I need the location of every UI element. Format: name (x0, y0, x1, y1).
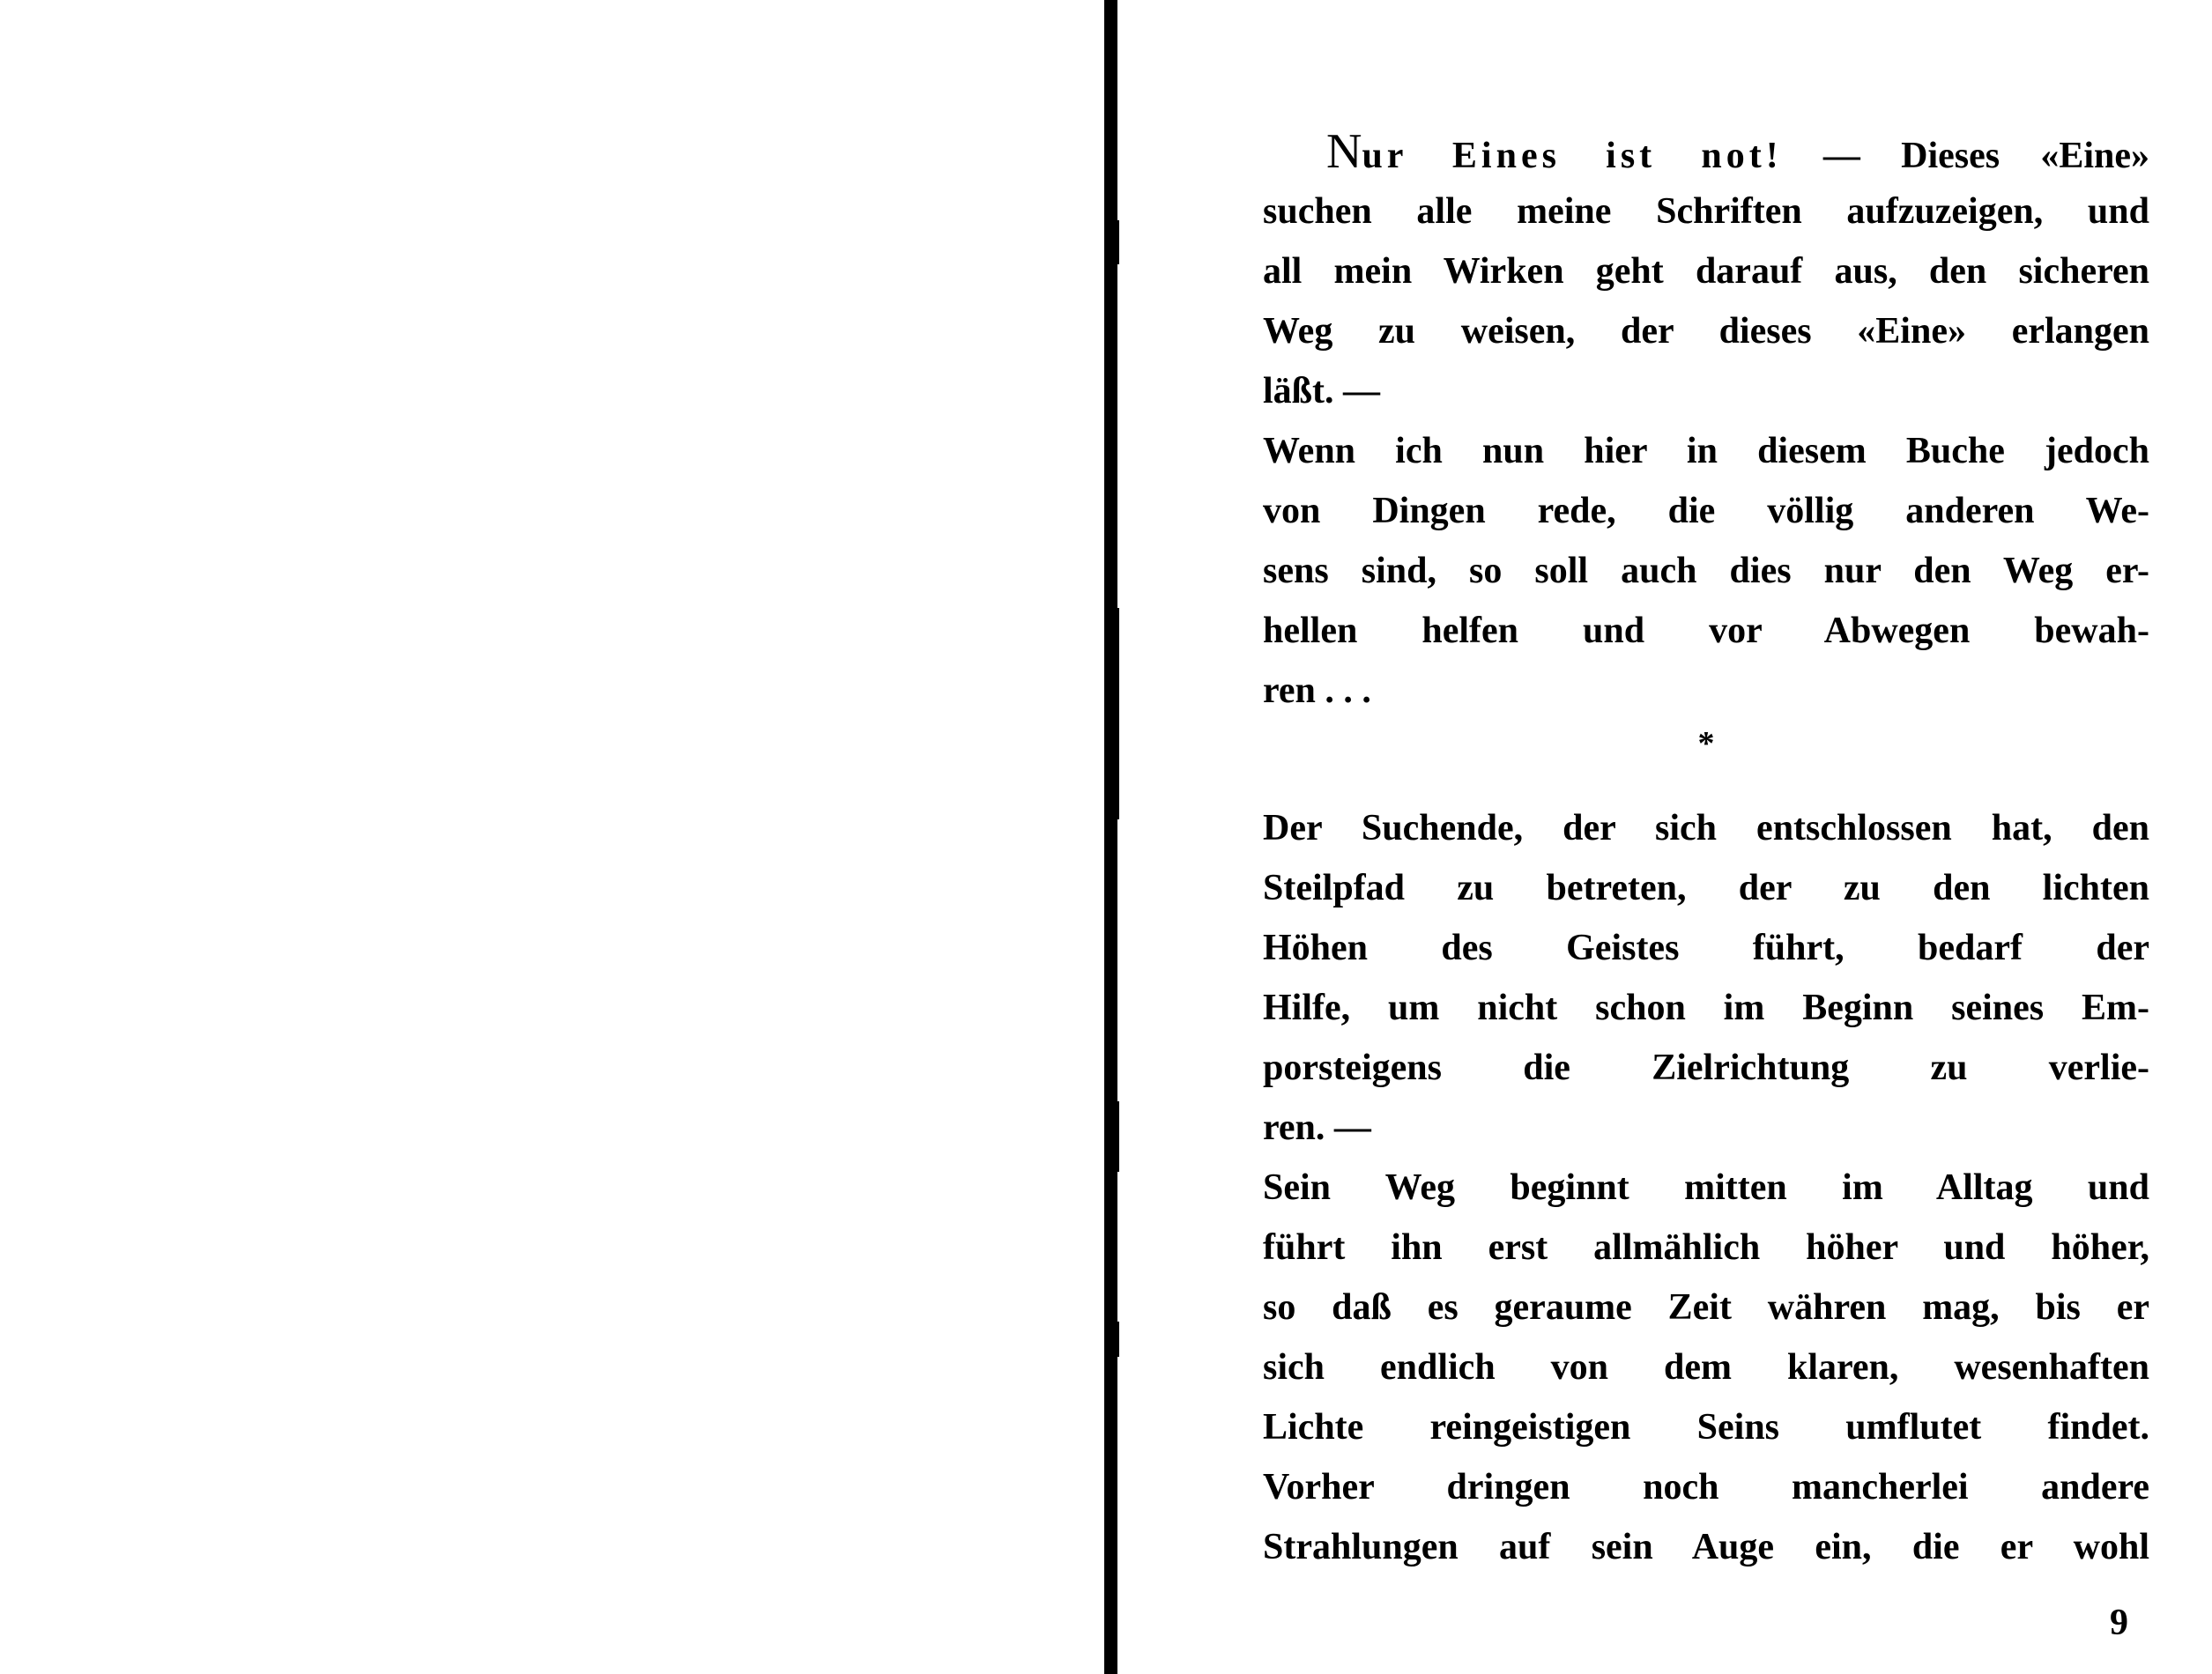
text-line: ren. — (1263, 1098, 2149, 1158)
dropcap-letter: N (1326, 124, 1362, 179)
text-line: Weg zu weisen, der dieses «Eine» erlange… (1263, 301, 2149, 361)
text-line: ren . . . (1263, 661, 2149, 721)
book-spine-gutter (1104, 0, 1117, 1674)
text-line: Vorher dringen noch mancherlei andere (1263, 1457, 2149, 1517)
text-line: suchen alle meine Schriften aufzuzeigen,… (1263, 181, 2149, 241)
text-line: Der Suchende, der sich entschlossen hat,… (1263, 798, 2149, 858)
text-line: hellen helfen und vor Abwegen bewah- (1263, 601, 2149, 661)
text-line: von Dingen rede, die völlig anderen We- (1263, 481, 2149, 541)
section-separator-asterisk: * (1263, 721, 2149, 781)
text-line: Lichte reingeistigen Seins umflutet find… (1263, 1397, 2149, 1457)
text-line: läßt. — (1263, 361, 2149, 421)
text-line: Strahlungen auf sein Auge ein, die er wo… (1263, 1517, 2149, 1577)
emphasized-phrase: ur Eines ist not! (1362, 136, 1782, 176)
left-page-blank (0, 0, 1102, 1674)
text-line: porsteigens die Zielrichtung zu verlie- (1263, 1038, 2149, 1098)
text-line: sens sind, so soll auch dies nur den Weg… (1263, 541, 2149, 601)
text-line: sich endlich von dem klaren, wesenhaften (1263, 1337, 2149, 1397)
text-line: Steilpfad zu betreten, der zu den lichte… (1263, 858, 2149, 918)
text-line: Sein Weg beginnt mitten im Alltag und (1263, 1158, 2149, 1218)
text-line: Hilfe, um nicht schon im Beginn seines E… (1263, 978, 2149, 1038)
text-line: Wenn ich nun hier in diesem Buche jedoch (1263, 421, 2149, 481)
text-fragment: — Dieses «Eine» (1783, 136, 2149, 176)
right-page: Nur Eines ist not! — Dieses «Eine» suche… (1119, 0, 2212, 1674)
body-text: Nur Eines ist not! — Dieses «Eine» suche… (1263, 122, 2149, 1577)
spacer (1263, 781, 2149, 798)
page-number: 9 (2110, 1602, 2128, 1644)
text-line: so daß es geraume Zeit währen mag, bis e… (1263, 1278, 2149, 1337)
text-line: Nur Eines ist not! — Dieses «Eine» (1263, 122, 2149, 181)
text-line: führt ihn erst allmählich höher und höhe… (1263, 1218, 2149, 1278)
text-line: Höhen des Geistes führt, bedarf der (1263, 918, 2149, 978)
text-line: all mein Wirken geht darauf aus, den sic… (1263, 241, 2149, 301)
